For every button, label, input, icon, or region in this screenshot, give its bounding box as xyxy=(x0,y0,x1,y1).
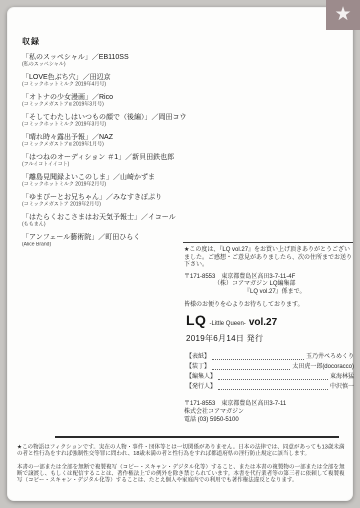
notice-closing: 皆様のお便りを心よりお待ちしております。 xyxy=(184,302,354,310)
entry-title: 「LOVE色ぶち穴」／田辺京 xyxy=(22,74,190,82)
entry-title: 「晴れ時々露出予報」／NAZ xyxy=(22,134,190,142)
entry-source-note: (コミックメガストアα 2019年3月号) xyxy=(22,102,163,108)
entry-title: 「私のスッペシャル」／EB110SS xyxy=(22,54,190,62)
publisher-postal: 〒171-8553 東京都豊島区高田3-7-11 xyxy=(184,401,286,409)
contents-list: 収録 「私のスッペシャル」／EB110SS (私のスッペシャル) 「LOVE色ぶ… xyxy=(22,36,190,254)
entry-title: 「アンフェール藝術院」／町田ひらく xyxy=(22,234,190,242)
entry-source-note: (Alice Brand) xyxy=(22,242,163,248)
dotted-leader xyxy=(212,359,304,360)
magazine-title: LQ -Little Queen- vol.27 xyxy=(186,312,354,328)
star-icon: ★ xyxy=(334,5,351,24)
title-main: LQ xyxy=(186,312,206,328)
entry-source-note: (私のスッペシャル) xyxy=(22,62,163,68)
credit-label: 【装丁】 xyxy=(186,362,210,372)
list-item: 「ゆまぴーとお兄ちゃん」／みなすきぽぷり (コミックメガストア 2019年2月号… xyxy=(22,194,190,209)
title-volume: vol.27 xyxy=(249,317,277,328)
viewer-frame: ★ 収録 「私のスッペシャル」／EB110SS (私のスッペシャル) 「LOVE… xyxy=(0,0,360,508)
credit-label: 【表紙】 xyxy=(186,352,210,362)
notice-divider xyxy=(183,242,353,243)
entry-title: 「離島見聞録よいこのしま」／山崎かずま xyxy=(22,174,190,182)
entry-source-note: (ももまん) xyxy=(22,222,163,228)
credit-value: 中沢慎一 xyxy=(330,382,354,392)
publisher-tel: 電話 (03) 5950-5100 xyxy=(184,417,286,425)
list-item: 「はつねのオーディション ＃1」／新貝田鉄也郎 (フルイコトイイコト) xyxy=(22,154,190,169)
entry-source-note: (コミックホットミルク 2019年3月号) xyxy=(22,122,163,128)
publisher-block: 〒171-8553 東京都豊島区高田3-7-11 株式会社コアマガジン 電話 (… xyxy=(184,401,286,424)
dotted-leader xyxy=(212,369,290,370)
entry-source-note: (コミックメガストアα 2019年1月号) xyxy=(22,142,163,148)
legal-divider xyxy=(55,436,339,439)
publisher-name: 株式会社コアマガジン xyxy=(184,409,286,417)
credit-row: 【表紙】 玉乃井ぺろめくり xyxy=(186,352,354,362)
list-item: 「離島見聞録よいこのしま」／山崎かずま (コミックホットミルク 2019年2月号… xyxy=(22,174,190,189)
notice-body: ★この度は、『LQ vol.27』をお買い上げ頂きありがとうございました。ご感想… xyxy=(184,247,354,270)
credits-list: 【表紙】 玉乃井ぺろめくり 【装丁】 太田虎一郎(docoracco) 【編集人… xyxy=(186,352,354,392)
issue-date: 2019年6月14日 発行 xyxy=(186,333,354,344)
credit-row: 【装丁】 太田虎一郎(docoracco) xyxy=(186,362,354,372)
entry-title: 「はたらくおこさまはお天気予報士」／イコール xyxy=(22,214,190,222)
credit-row: 【発行人】 中沢慎一 xyxy=(186,382,354,392)
entry-title: 「はつねのオーディション ＃1」／新貝田鉄也郎 xyxy=(22,154,190,162)
credit-value: 太田虎一郎(docoracco) xyxy=(292,362,354,372)
notice-address-line3: 『LQ vol.27』係まで。 xyxy=(244,289,354,297)
list-item: 「私のスッペシャル」／EB110SS (私のスッペシャル) xyxy=(22,54,190,69)
entry-title: 「そしてわたしはいつもの顔で（後編）」／岡田コウ xyxy=(22,114,190,122)
legal-para-fiction: ★この物語はフィクションです。実在の人物・事件・団体等とは一切関係がありません。… xyxy=(17,445,345,458)
list-item: 「アンフェール藝術院」／町田ひらく (Alice Brand) xyxy=(22,234,190,249)
list-item: 「そしてわたしはいつもの顔で（後編）」／岡田コウ (コミックホットミルク 201… xyxy=(22,114,190,129)
entry-title: 「ゆまぴーとお兄ちゃん」／みなすきぽぷり xyxy=(22,194,190,202)
title-subtitle: -Little Queen- xyxy=(209,321,245,327)
colophon-block: LQ -Little Queen- vol.27 2019年6月14日 発行 【… xyxy=(186,312,354,392)
list-item: 「オトナの少女漫画」／Rico (コミックメガストアα 2019年3月号) xyxy=(22,94,190,109)
entry-title: 「オトナの少女漫画」／Rico xyxy=(22,94,190,102)
list-item: 「はたらくおこさまはお天気予報士」／イコール (ももまん) xyxy=(22,214,190,229)
dotted-leader xyxy=(218,389,328,390)
list-item: 「晴れ時々露出予報」／NAZ (コミックメガストアα 2019年1月号) xyxy=(22,134,190,149)
list-item: 「LOVE色ぶち穴」／田辺京 (コミックホットミルク 2019年4月号) xyxy=(22,74,190,89)
dotted-leader xyxy=(218,379,328,380)
entry-source-note: (コミックホットミルク 2019年4月号) xyxy=(22,82,163,88)
credit-label: 【編集人】 xyxy=(186,372,216,382)
entry-source-note: (フルイコトイイコト) xyxy=(22,162,163,168)
notice-address-line2: （株）コアマガジン LQ編集部 xyxy=(214,281,354,289)
entry-source-note: (コミックホットミルク 2019年2月号) xyxy=(22,182,163,188)
legal-para-copyright: 本書の一部または全部を無断で複製複写（コピー・スキャン・デジタル化等）すること、… xyxy=(17,465,345,484)
contents-heading: 収録 xyxy=(22,36,190,47)
credit-value: 玉乃井ぺろめくり xyxy=(306,352,354,362)
reader-notice: ★この度は、『LQ vol.27』をお買い上げ頂きありがとうございました。ご感想… xyxy=(184,247,354,309)
credit-row: 【編集人】 東海林猛 xyxy=(186,372,354,382)
legal-text: ★この物語はフィクションです。実在の人物・事件・団体等とは一切関係がありません。… xyxy=(17,445,345,492)
bookmark-button[interactable]: ★ xyxy=(326,0,360,30)
credit-value: 東海林猛 xyxy=(330,372,354,382)
credit-label: 【発行人】 xyxy=(186,382,216,392)
entry-source-note: (コミックメガストア 2019年2月号) xyxy=(22,202,163,208)
